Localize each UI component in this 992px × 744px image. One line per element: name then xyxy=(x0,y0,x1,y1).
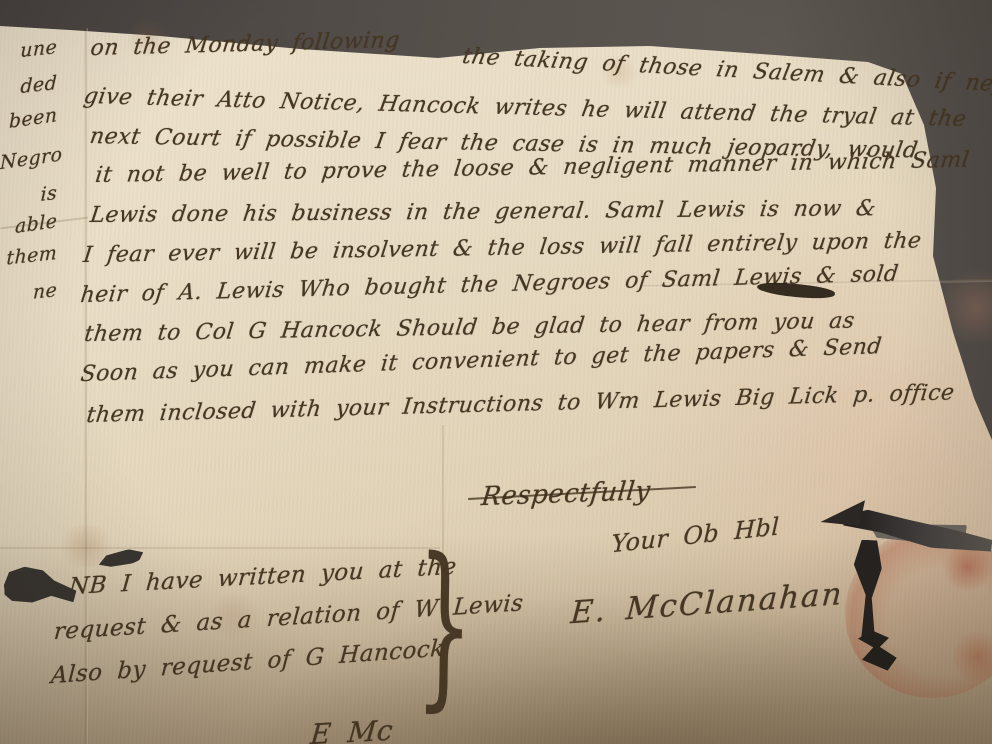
postscript-brace: } xyxy=(415,534,475,716)
bottom-cutoff-signature: E Mc xyxy=(309,714,394,744)
letter-photograph: une ded been Negro is able them ne on th… xyxy=(0,0,992,744)
